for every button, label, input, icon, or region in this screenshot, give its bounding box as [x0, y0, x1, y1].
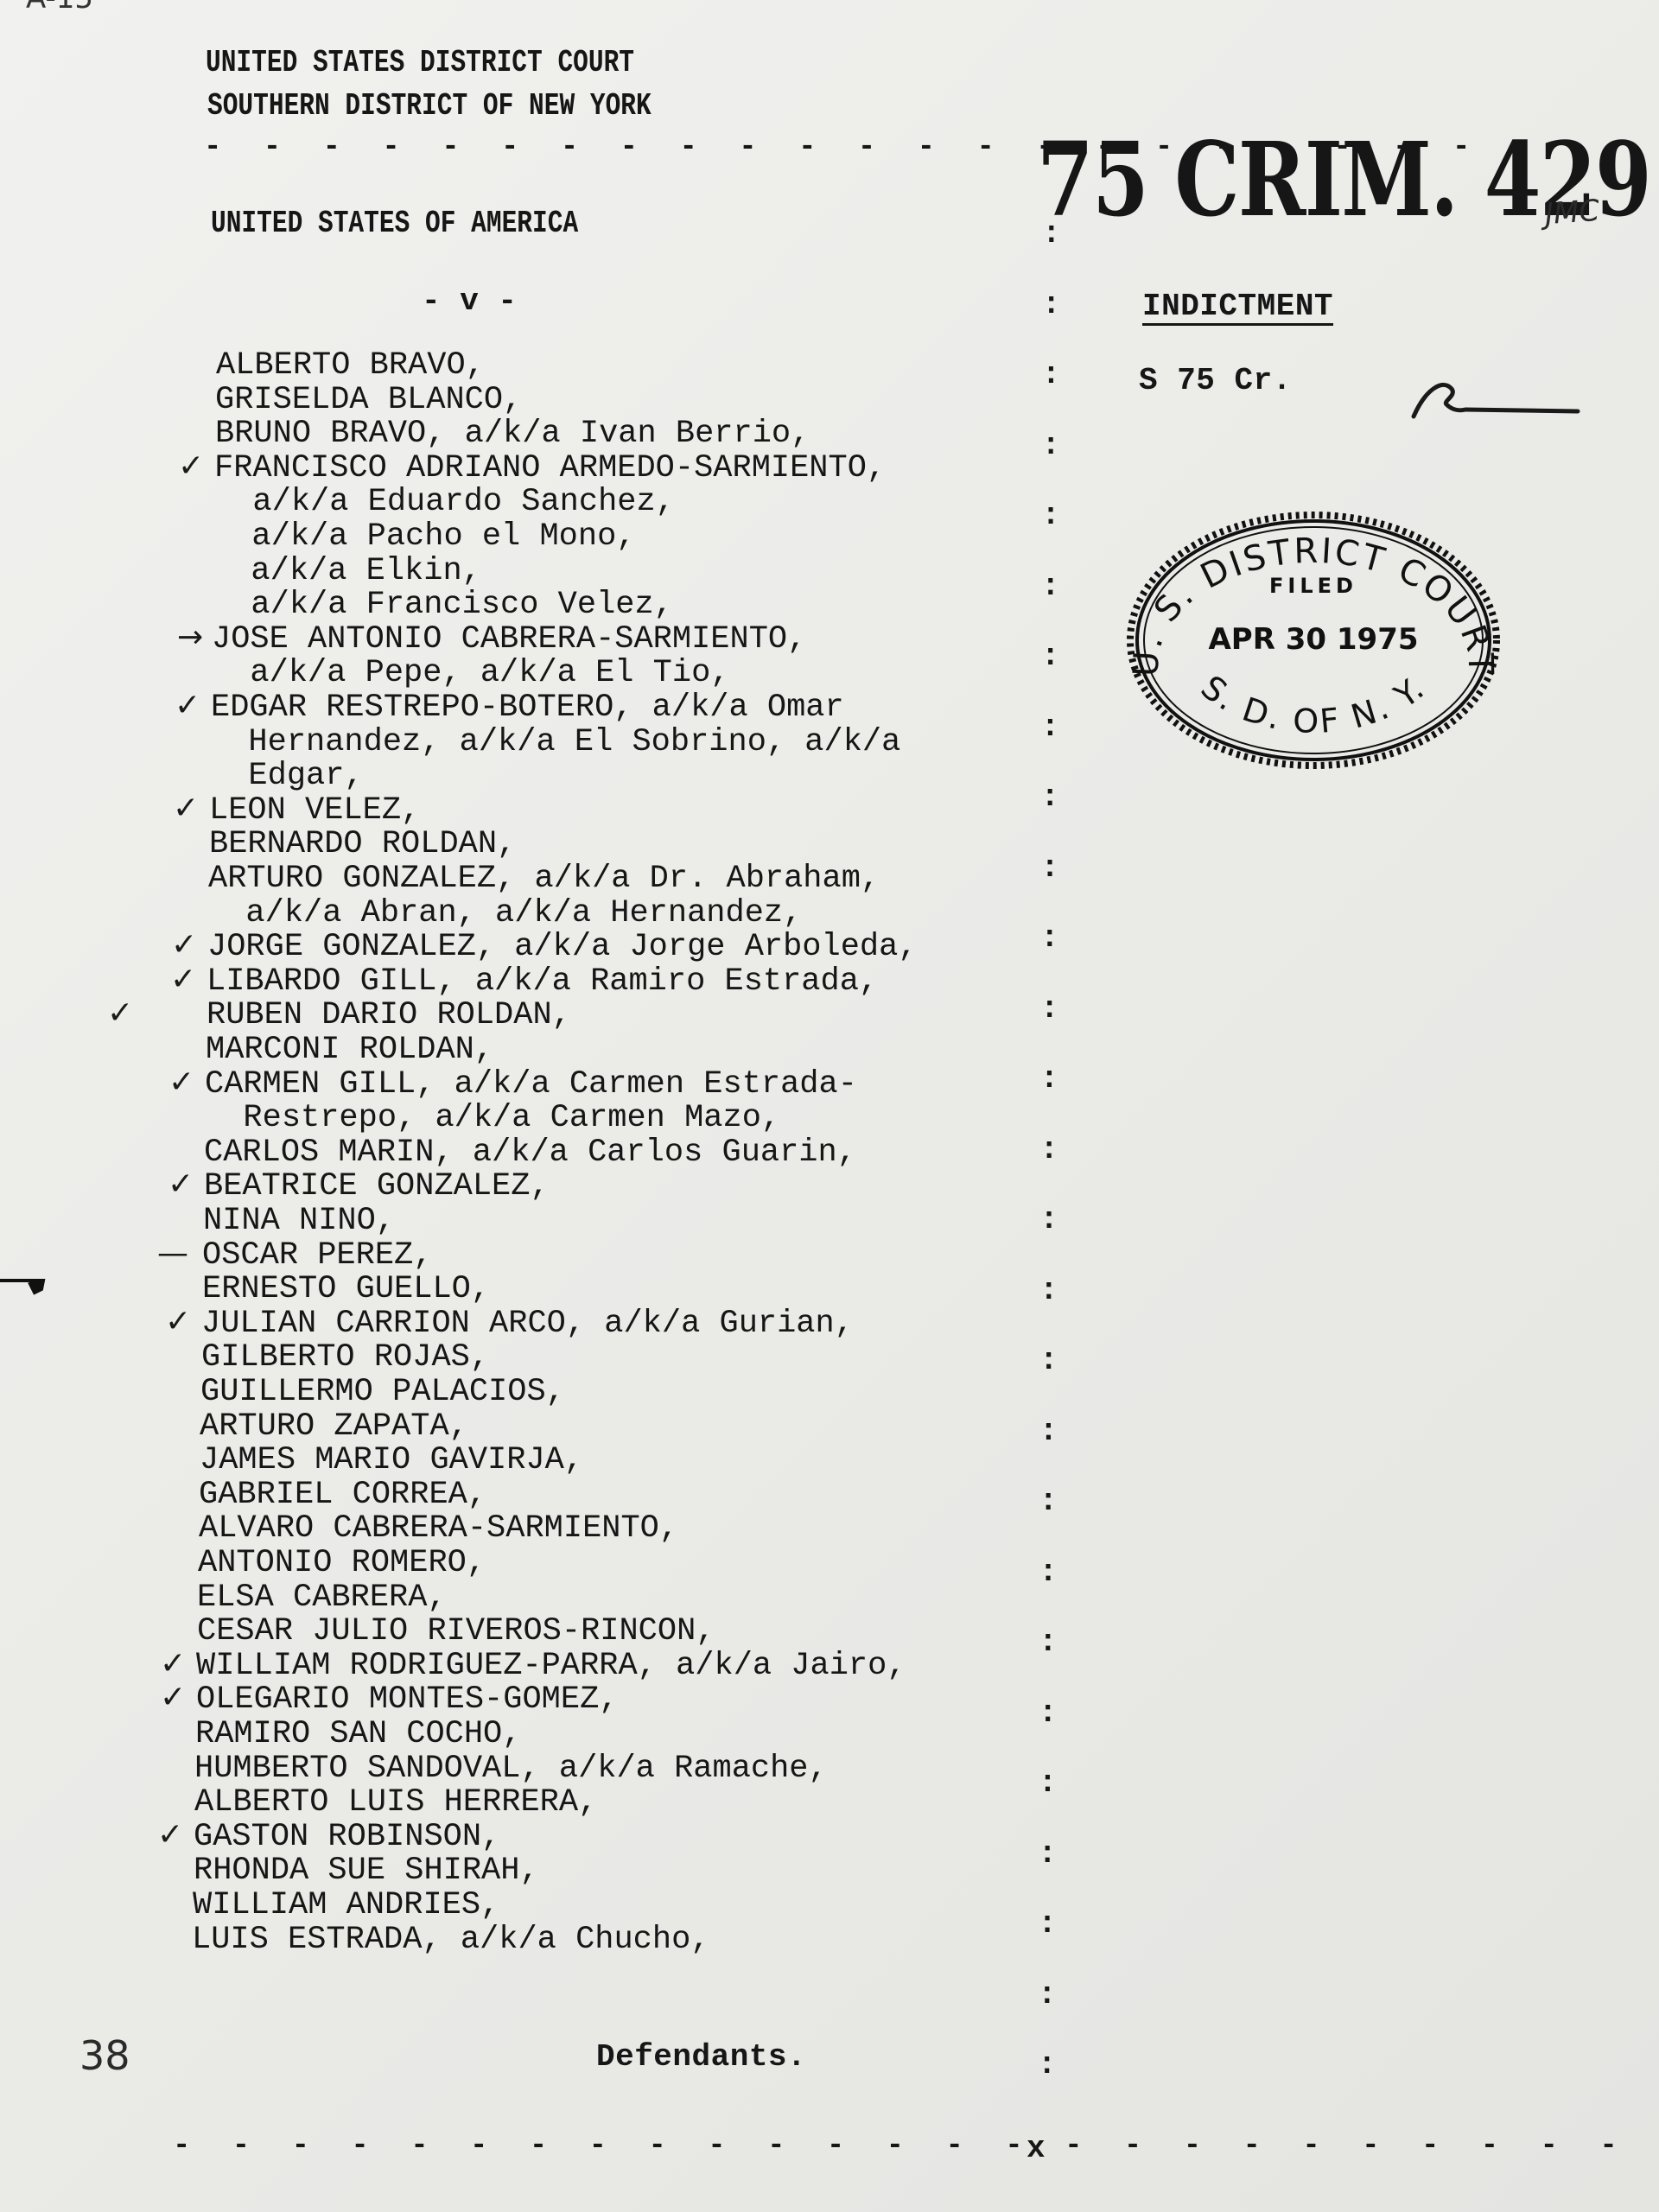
caption-colon: : [1040, 779, 1059, 815]
check-mark-icon: ✓ [160, 1680, 186, 1715]
defendant-entry: CESAR JULIO RIVEROS-RINCON, [197, 1613, 715, 1649]
defendant-entry: BERNARDO ROLDAN, [209, 826, 516, 862]
defendant-entry: a/k/a Elkin, [213, 553, 481, 589]
defendant-entry: OSCAR PEREZ, [202, 1237, 432, 1274]
defendant-entry: HUMBERTO SANDOVAL, a/k/a Ramache, [194, 1751, 828, 1787]
check-mark-icon: ✓ [175, 688, 200, 723]
svg-text:S. D. OF N. Y.: S. D. OF N. Y. [1194, 668, 1433, 741]
defendants-label: Defendants. [596, 2039, 806, 2075]
defendant-entry: GUILLERMO PALACIOS, [200, 1374, 565, 1410]
defendant-entry: OLEGARIO MONTES-GOMEZ, [196, 1681, 618, 1718]
defendant-entry: CARLOS MARIN, a/k/a Carlos Guarin, [204, 1135, 856, 1171]
defendant-entry: GRISELDA BLANCO, [215, 382, 522, 418]
caption-colon: : [1039, 1624, 1058, 1660]
defendant-entry: GASTON ROBINSON, [194, 1819, 500, 1855]
caption-colon: : [1039, 1765, 1058, 1801]
caption-colon: : [1039, 1695, 1058, 1731]
caption-bottom-divider: - - - - - - - - - - - - - - - - - - - - … [173, 2130, 1659, 2163]
caption-colon: : [1042, 287, 1061, 322]
defendant-entry: JAMES MARIO GAVIRJA, [200, 1442, 583, 1478]
caption-colon: : [1040, 850, 1059, 886]
caption-colon: : [1038, 1906, 1057, 1942]
defendant-entry: Edgar, [210, 758, 364, 794]
defendant-entry: ALBERTO LUIS HERRERA, [194, 1784, 597, 1821]
caption-corner-x: x [1027, 2131, 1046, 2166]
defendant-entry: ERNESTO GUELLO, [202, 1271, 490, 1307]
caption-colon: : [1038, 1977, 1057, 2012]
defendant-entry: WILLIAM ANDRIES, [193, 1887, 499, 1923]
caption-colon: : [1039, 1132, 1058, 1167]
caption-colon: : [1039, 1554, 1058, 1590]
stamp-date: APR 30 1975 [1208, 622, 1418, 657]
defendant-entry: NINA NINO, [203, 1203, 395, 1239]
check-mark-icon: ✓ [157, 1817, 183, 1853]
check-mark-icon: ✓ [178, 448, 204, 484]
defendant-entry: BRUNO BRAVO, a/k/a Ivan Berrio, [215, 416, 810, 452]
caption-colon: : [1041, 709, 1060, 745]
stamp-bottom-arc: S. D. OF N. Y. [1194, 668, 1433, 741]
arrow-mark-icon: → [177, 620, 203, 655]
filed-stamp: U. S. DISTRICT COURT FILED APR 30 1975 S… [1123, 506, 1503, 774]
defendant-entry: a/k/a Pepe, a/k/a El Tio, [212, 655, 730, 691]
defendant-entry: Hernandez, a/k/a El Sobrino, a/k/a [210, 724, 900, 760]
defendant-entry: a/k/a Eduardo Sanchez, [214, 484, 675, 520]
check-mark-icon: ✓ [170, 962, 196, 997]
defendant-entry: ARTURO GONZALEZ, a/k/a Dr. Abraham, [208, 861, 880, 897]
defendant-entry: GABRIEL CORREA, [199, 1477, 486, 1513]
defendant-entry: ANTONIO ROMERO, [198, 1545, 486, 1581]
corner-page-note: A-15 [26, 0, 93, 16]
check-mark-icon: ✓ [168, 1166, 194, 1202]
caption-colon: : [1041, 569, 1060, 604]
plaintiff-name: UNITED STATES OF AMERICA [211, 206, 578, 241]
stamp-filed-label: FILED [1269, 574, 1357, 598]
check-mark-icon: ✓ [107, 995, 133, 1031]
caption-colon: : [1041, 428, 1060, 463]
dash-mark-icon: — [157, 1236, 188, 1271]
caption-colon: : [1042, 216, 1061, 251]
check-mark-icon: ✓ [168, 1065, 194, 1100]
defendant-entry: BEATRICE GONZALEZ, [204, 1168, 550, 1205]
defendant-entry: ALBERTO BRAVO, [216, 347, 485, 384]
defendant-entry: JULIAN CARRION ARCO, a/k/a Gurian, [201, 1306, 854, 1342]
defendant-entry: a/k/a Abran, a/k/a Hernandez, [207, 895, 802, 931]
defendant-entry: RAMIRO SAN COCHO, [195, 1716, 521, 1752]
defendant-entry: JOSE ANTONIO CABRERA-SARMIENTO, [212, 621, 806, 658]
caption-colon: : [1039, 1343, 1058, 1378]
court-name: UNITED STATES DISTRICT COURT [206, 45, 634, 80]
check-mark-icon: ✓ [160, 1646, 186, 1681]
defendant-entry: ELSA CABRERA, [197, 1580, 447, 1616]
versus-label: - v - [422, 283, 518, 319]
defendant-entry: RHONDA SUE SHIRAH, [194, 1853, 539, 1889]
defendant-entry: LEON VELEZ, [209, 792, 420, 829]
handwritten-initials: JMC [1544, 194, 1601, 232]
defendant-entry: FRANCISCO ADRIANO ARMEDO-SARMIENTO, [214, 450, 886, 486]
caption-colon: : [1038, 1836, 1057, 1872]
caption-colon: : [1039, 1484, 1058, 1519]
defendant-entry: MARCONI ROLDAN, [206, 1032, 493, 1068]
caption-colon: : [1040, 1061, 1059, 1096]
check-mark-icon: ✓ [165, 1304, 191, 1339]
defendant-entry: ARTURO ZAPATA, [200, 1408, 468, 1445]
defendant-entry: LUIS ESTRADA, a/k/a Chucho, [192, 1922, 710, 1958]
check-mark-icon: ✓ [173, 791, 199, 826]
caption-colon: : [1042, 357, 1061, 392]
court-district: SOUTHERN DISTRICT OF NEW YORK [207, 88, 652, 124]
caption-colon: : [1038, 2047, 1057, 2082]
caption-colon: : [1039, 1414, 1058, 1449]
defendant-entry: a/k/a Pacho el Mono, [213, 518, 635, 555]
defendant-entry: RUBEN DARIO ROLDAN, [207, 997, 571, 1033]
document-type-heading: INDICTMENT [1142, 289, 1333, 324]
check-mark-icon: ✓ [171, 927, 197, 963]
defendant-entry: ALVARO CABRERA-SARMIENTO, [199, 1510, 678, 1547]
caption-colon: : [1040, 991, 1059, 1027]
caption-colon: : [1041, 639, 1060, 674]
margin-arrow-mark [0, 1270, 52, 1296]
caption-colon: : [1041, 498, 1060, 533]
handwritten-count: 38 [79, 2032, 130, 2079]
handwritten-r-mark [1408, 372, 1581, 428]
caption-colon: : [1039, 1273, 1058, 1308]
defendant-entry: a/k/a Francisco Velez, [213, 587, 673, 623]
defendant-entry: Restrepo, a/k/a Carmen Mazo, [205, 1100, 780, 1136]
defendant-entry: GILBERTO ROJAS, [201, 1339, 489, 1376]
defendant-entry: WILLIAM RODRIGUEZ-PARRA, a/k/a Jairo, [196, 1648, 906, 1684]
defendant-entry: CARMEN GILL, a/k/a Carmen Estrada- [205, 1066, 857, 1103]
defendant-entry: JORGE GONZALEZ, a/k/a Jorge Arboleda, [207, 929, 918, 965]
caption-colon: : [1040, 920, 1059, 956]
defendant-entry: LIBARDO GILL, a/k/a Ramiro Estrada, [207, 963, 878, 1000]
caption-colon: : [1039, 1202, 1058, 1237]
defendant-entry: EDGAR RESTREPO-BOTERO, a/k/a Omar [211, 690, 844, 726]
docket-subnumber: S 75 Cr. [1139, 363, 1292, 398]
